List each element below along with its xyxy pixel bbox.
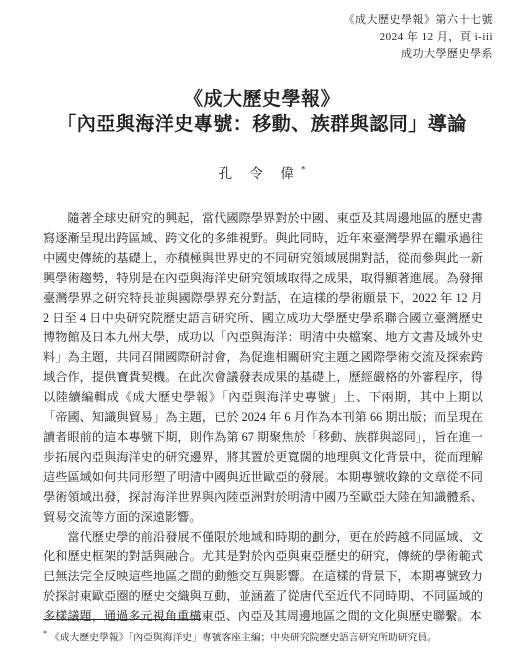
author-footnote-marker: *: [301, 165, 306, 175]
body-paragraph-1: 隨著全球史研究的興起，當代國際學界對於中國、東亞及其周邊地區的歷史書寫逐漸呈現出…: [43, 209, 483, 528]
journal-department-line: 成功大學歷史學系: [0, 46, 493, 63]
footnote-block: *《成大歷史學報》「內亞與海洋史」專號客座主編；中央研究院歷史語言研究所助研究員…: [43, 619, 483, 644]
journal-date-page-line: 2024 年 12 月，頁 i-iii: [0, 29, 493, 46]
author-line: 孔 令 偉*: [0, 162, 524, 182]
document-page: 《成大歷史學報》第六十七號 2024 年 12 月，頁 i-iii 成功大學歷史…: [0, 0, 524, 665]
article-title-line2: 「內亞與海洋史專號：移動、族群與認同」導論: [0, 112, 524, 137]
article-body: 隨著全球史研究的興起，當代國際學界對於中國、東亞及其周邊地區的歷史書寫逐漸呈現出…: [43, 209, 483, 627]
journal-header: 《成大歷史學報》第六十七號 2024 年 12 月，頁 i-iii 成功大學歷史…: [0, 0, 524, 63]
footnote-text: 《成大歷史學報》「內亞與海洋史」專號客座主編；中央研究院歷史語言研究所助研究員。: [50, 632, 437, 643]
footnote-separator: [43, 619, 201, 620]
article-title: 《成大歷史學報》 「內亞與海洋史專號：移動、族群與認同」導論: [0, 87, 524, 137]
footnote-marker: *: [43, 629, 47, 638]
body-paragraph-2: 當代歷史學的前沿發展不僅限於地域和時期的劃分，更在於跨越不同區域、文化和歷史框架…: [43, 528, 483, 628]
journal-issue-line: 《成大歷史學報》第六十七號: [0, 12, 493, 29]
article-title-line1: 《成大歷史學報》: [0, 87, 524, 112]
footnote: *《成大歷史學報》「內亞與海洋史」專號客座主編；中央研究院歷史語言研究所助研究員…: [43, 627, 483, 644]
author-name: 孔 令 偉: [219, 166, 301, 181]
